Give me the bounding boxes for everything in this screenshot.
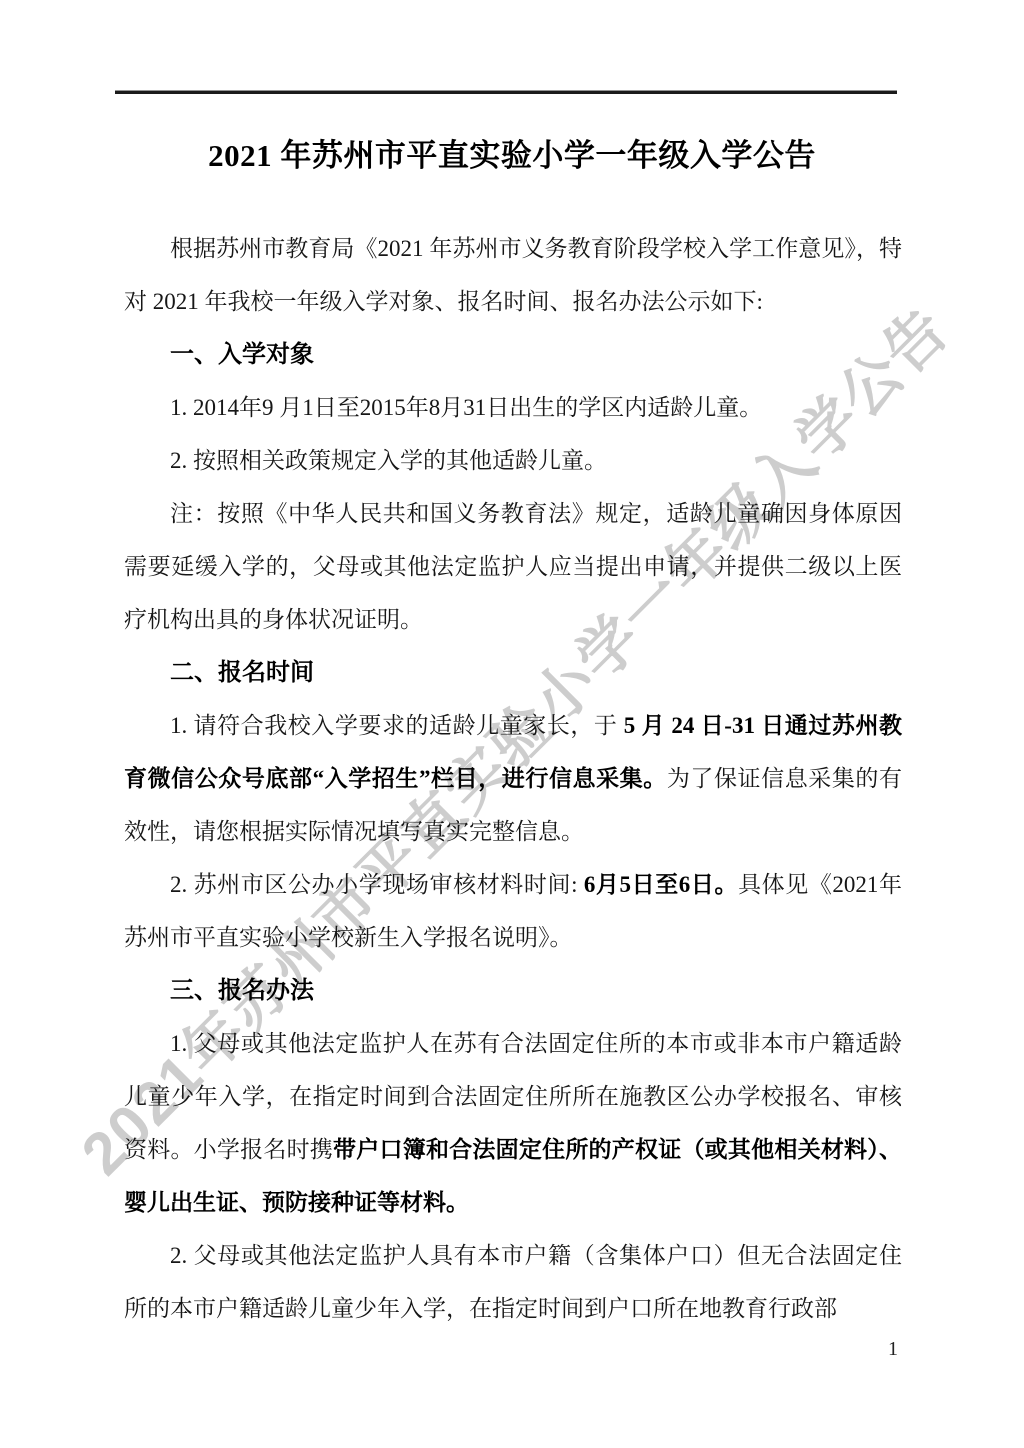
text-run: 2. 按照相关政策规定入学的其他适龄儿童。 bbox=[170, 448, 607, 473]
text-run: 三、报名办法 bbox=[170, 977, 314, 1004]
paragraph: 2. 苏州市区公办小学现场审核材料时间: 6月5日至6日。具体见《2021年苏州… bbox=[124, 858, 902, 964]
section-heading: 一、入学对象 bbox=[124, 328, 902, 381]
document-body: 根据苏州市教育局《2021 年苏州市义务教育阶段学校入学工作意见》，特对 202… bbox=[124, 222, 902, 1335]
paragraph: 1. 请符合我校入学要求的适龄儿童家长，于 5 月 24 日-31 日通过苏州教… bbox=[124, 699, 902, 858]
section-heading: 二、报名时间 bbox=[124, 646, 902, 699]
paragraph: 注：按照《中华人民共和国义务教育法》规定，适龄儿童确因身体原因需要延缓入学的，父… bbox=[124, 487, 902, 646]
text-run: 2. 苏州市区公办小学现场审核材料时间: bbox=[170, 872, 584, 897]
text-run: 一、入学对象 bbox=[170, 341, 314, 368]
text-run: 根据苏州市教育局《2021 年苏州市义务教育阶段学校入学工作意见》，特对 202… bbox=[124, 236, 902, 314]
header-rule bbox=[115, 90, 897, 94]
paragraph: 根据苏州市教育局《2021 年苏州市义务教育阶段学校入学工作意见》，特对 202… bbox=[124, 222, 902, 328]
text-run: 注：按照《中华人民共和国义务教育法》规定，适龄儿童确因身体原因需要延缓入学的，父… bbox=[124, 501, 902, 632]
paragraph: 2. 按照相关政策规定入学的其他适龄儿童。 bbox=[124, 434, 902, 487]
text-run: 1. 请符合我校入学要求的适龄儿童家长，于 bbox=[170, 713, 624, 738]
text-run: 6月5日至6日。 bbox=[584, 872, 738, 897]
paragraph: 2. 父母或其他法定监护人具有本市户籍（含集体户口）但无合法固定住所的本市户籍适… bbox=[124, 1229, 902, 1335]
page-number: 1 bbox=[888, 1338, 898, 1361]
section-heading: 三、报名办法 bbox=[124, 964, 902, 1017]
document-page: 2021年苏州市平直实验小学一年级入学公告 2021 年苏州市平直实验小学一年级… bbox=[0, 0, 1024, 1448]
paragraph: 1. 父母或其他法定监护人在苏有合法固定住所的本市或非本市户籍适龄儿童少年入学，… bbox=[124, 1017, 902, 1229]
text-run: 1. 2014年9 月1日至2015年8月31日出生的学区内适龄儿童。 bbox=[170, 395, 762, 420]
paragraph: 1. 2014年9 月1日至2015年8月31日出生的学区内适龄儿童。 bbox=[124, 381, 902, 434]
text-run: 二、报名时间 bbox=[170, 659, 314, 686]
document-title: 2021 年苏州市平直实验小学一年级入学公告 bbox=[0, 130, 1024, 175]
text-run: 2. 父母或其他法定监护人具有本市户籍（含集体户口）但无合法固定住所的本市户籍适… bbox=[124, 1243, 902, 1321]
